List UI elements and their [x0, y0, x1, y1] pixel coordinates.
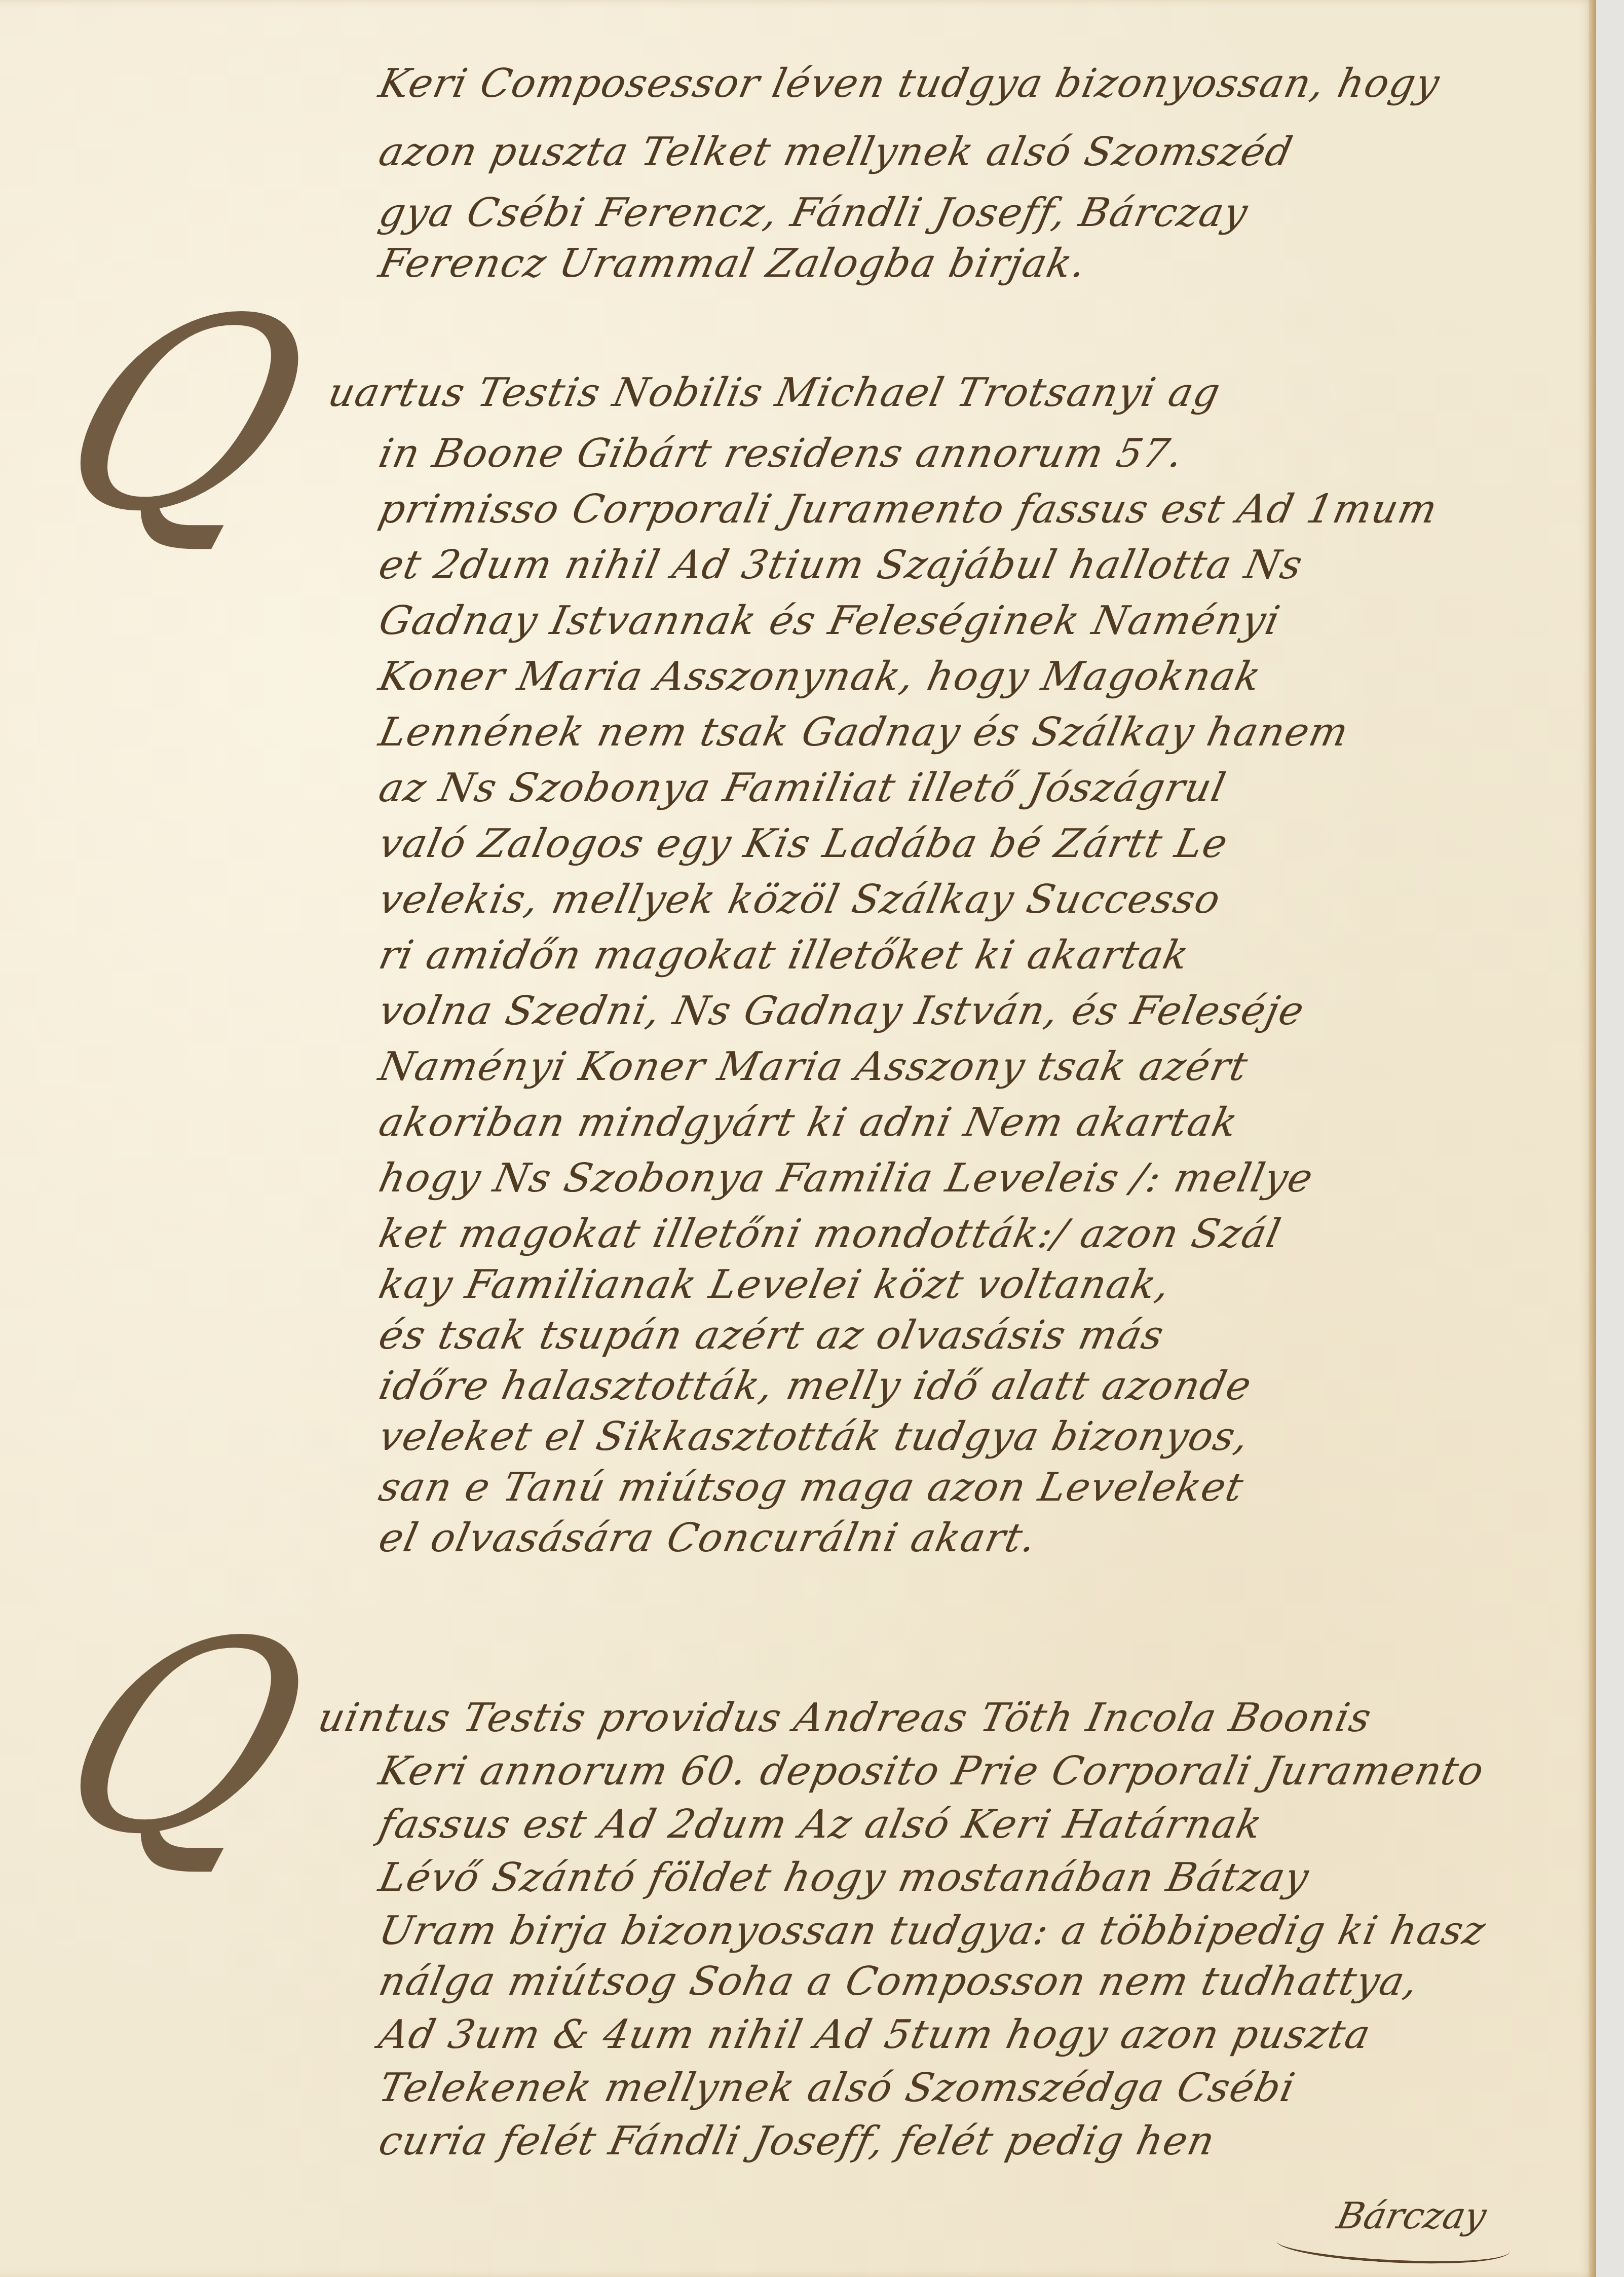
text-line: időre halasztották, melly idő alatt azon…: [375, 1363, 1256, 1409]
text-line: san e Tanú miútsog maga azon Leveleket: [375, 1465, 1248, 1510]
text-line: velekis, mellyek közöl Szálkay Successo: [375, 877, 1225, 922]
manuscript-page: Keri Composessor léven tudgya bizonyossa…: [0, 0, 1596, 2277]
text-line: az Ns Szobonya Familiat illető Jószágrul: [375, 765, 1230, 811]
text-line: ket magokat illetőni mondották:/ azon Sz…: [375, 1211, 1286, 1257]
text-line: fassus est Ad 2dum Az alsó Keri Határnak: [375, 1802, 1267, 1847]
text-line: uartus Testis Nobilis Michael Trotsanyi …: [324, 370, 1225, 416]
text-line: kay Familianak Levelei közt voltanak,: [375, 1262, 1175, 1308]
text-line: ri amidőn magokat illetőket ki akartak: [375, 932, 1193, 978]
decorative-initial-q: Q: [33, 284, 335, 547]
page-edge: [1589, 0, 1596, 2277]
text-line: el olvasására Concurálni akart.: [375, 1515, 1041, 1561]
text-line: uintus Testis providus Andreas Töth Inco…: [314, 1695, 1376, 1741]
decorative-initial-q: Q: [33, 1607, 335, 1870]
text-line: et 2dum nihil Ad 3tium Szajábul hallotta…: [375, 542, 1307, 588]
text-line: Naményi Koner Maria Asszony tsak azért: [375, 1044, 1252, 1090]
text-line: Keri Composessor léven tudgya bizonyossa…: [375, 61, 1444, 106]
text-line: in Boone Gibárt residens annorum 57.: [375, 431, 1188, 476]
text-line: való Zalogos egy Kis Ladába bé Zártt Le: [375, 821, 1232, 867]
text-line: Uram birja bizonyossan tudgya: a többipe…: [375, 1908, 1490, 1954]
text-line: és tsak tsupán azért az olvasásis más: [375, 1313, 1168, 1358]
text-line: primisso Corporali Juramento fassus est …: [375, 487, 1442, 532]
text-line: veleket el Sikkasztották tudgya bizonyos…: [375, 1414, 1254, 1460]
text-line: Koner Maria Asszonynak, hogy Magoknak: [375, 654, 1265, 699]
text-line: azon puszta Telket mellynek alsó Szomszé…: [375, 129, 1297, 175]
text-line: Ad 3um & 4um nihil Ad 5tum hogy azon pus…: [375, 2012, 1375, 2058]
text-line: Lévő Szántó földet hogy mostanában Bátza…: [375, 1855, 1313, 1900]
text-line: Ferencz Urammal Zalogba birjak.: [375, 241, 1091, 286]
text-line: Telekenek mellynek alsó Szomszédga Csébi: [375, 2065, 1300, 2111]
text-line: Keri annorum 60. deposito Prie Corporali…: [375, 1748, 1489, 1794]
text-line: curia felét Fándli Joseff, felét pedig h…: [375, 2118, 1220, 2164]
text-line: volna Szedni, Ns Gadnay István, és Feles…: [375, 988, 1309, 1034]
text-line: gya Csébi Ferencz, Fándli Joseff, Bárcza…: [375, 190, 1253, 236]
text-line: nálga miútsog Soha a Composson nem tudha…: [375, 1959, 1423, 2004]
text-line: Gadnay Istvannak és Feleséginek Naményi: [375, 598, 1285, 644]
text-line: akoriban mindgyárt ki adni Nem akartak: [375, 1100, 1242, 1145]
text-line: Lennének nem tsak Gadnay és Szálkay hane…: [375, 710, 1353, 755]
text-line: hogy Ns Szobonya Familia Leveleis /: mel…: [375, 1155, 1317, 1201]
